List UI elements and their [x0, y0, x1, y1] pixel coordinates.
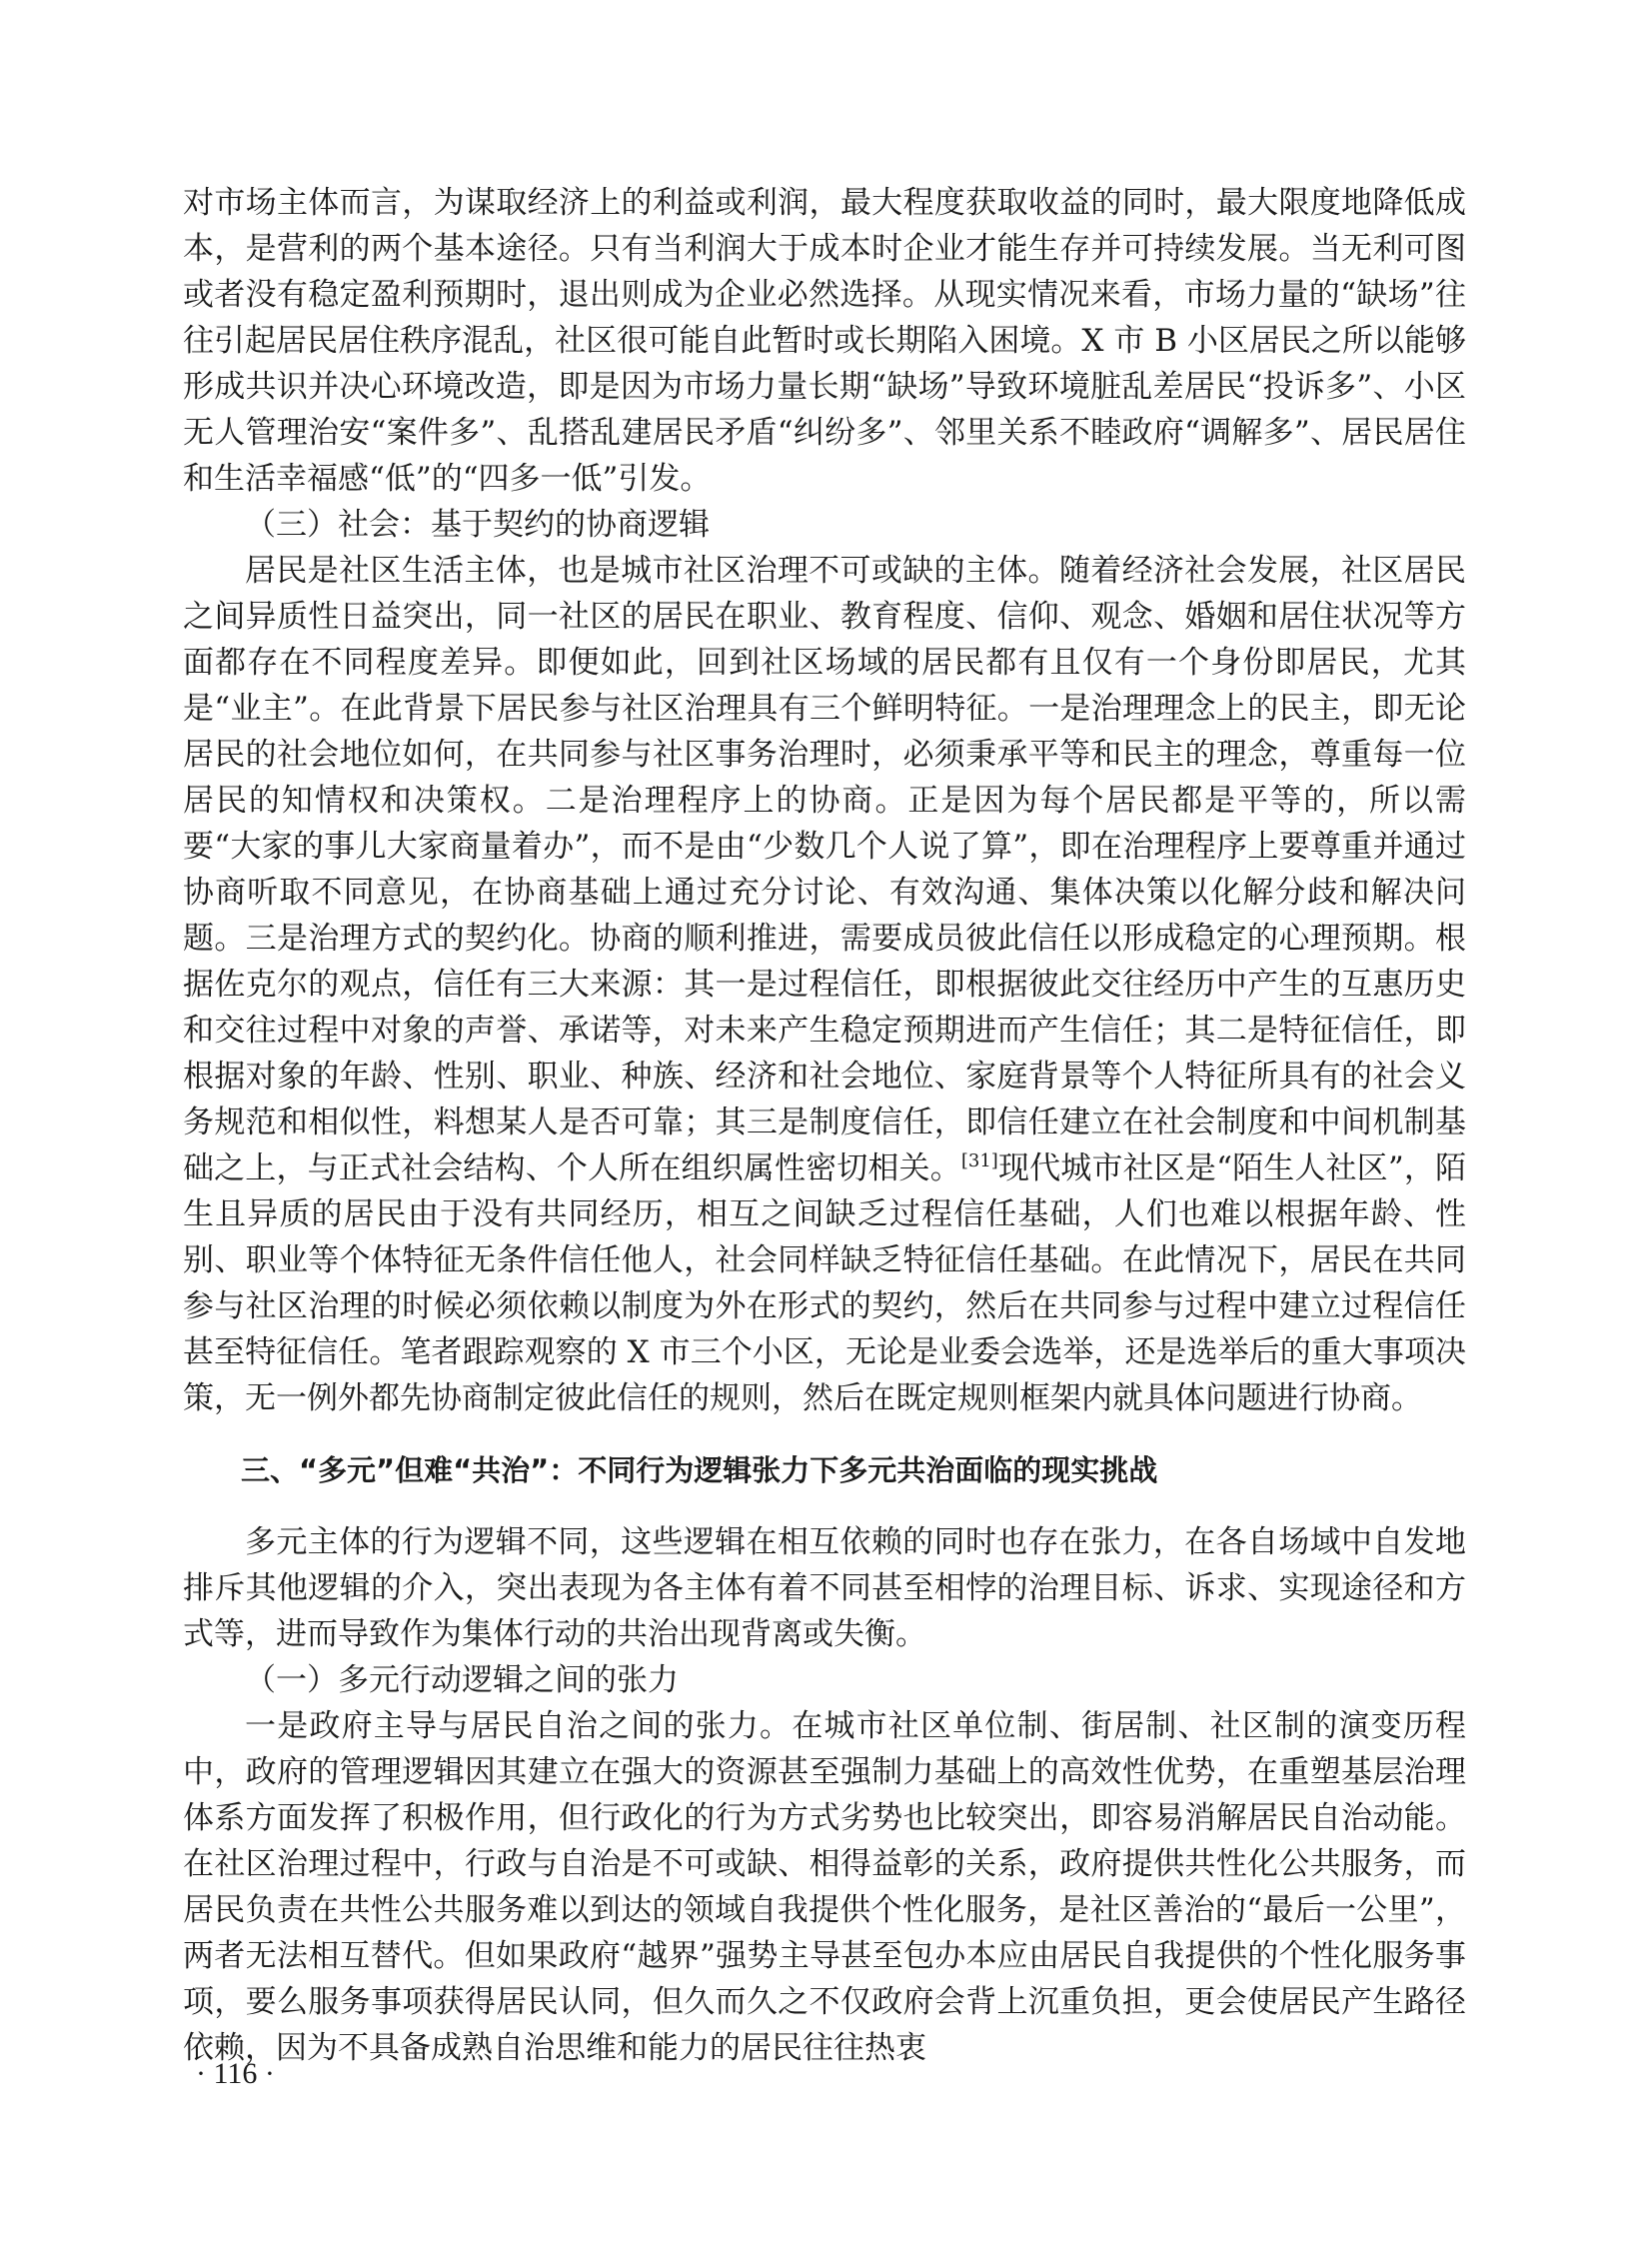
paragraph-government-tension: 一是政府主导与居民自治之间的张力。在城市社区单位制、街居制、社区制的演变历程中，… — [183, 1703, 1466, 2071]
paragraph-multi-actor-intro: 多元主体的行为逻辑不同，这些逻辑在相互依赖的同时也存在张力，在各自场域中自发地排… — [183, 1519, 1466, 1657]
document-page: 对市场主体而言，为谋取经济上的利益或利润，最大程度获取收益的同时，最大限度地降低… — [183, 180, 1466, 2071]
subheading-society-logic: （三）社会：基于契约的协商逻辑 — [183, 502, 1466, 548]
paragraph-residents: 居民是社区生活主体，也是城市社区治理不可或缺的主体。随着经济社会发展，社区居民之… — [183, 548, 1466, 1421]
paragraph-residents-part1: 居民是社区生活主体，也是城市社区治理不可或缺的主体。随着经济社会发展，社区居民之… — [183, 553, 1466, 1186]
subheading-tension: （一）多元行动逻辑之间的张力 — [183, 1657, 1466, 1703]
page-number: · 116 · — [196, 2057, 275, 2091]
paragraph-market-continued: 对市场主体而言，为谋取经济上的利益或利润，最大程度获取收益的同时，最大限度地降低… — [183, 180, 1466, 502]
section-heading-three: 三、“多元”但难“共治”：不同行为逻辑张力下多元共治面临的现实挑战 — [183, 1447, 1466, 1493]
paragraph-residents-part2: 现代城市社区是“陌生人社区”，陌生且异质的居民由于没有共同经历，相互之间缺乏过程… — [183, 1150, 1466, 1416]
citation-ref: [31] — [961, 1150, 998, 1171]
